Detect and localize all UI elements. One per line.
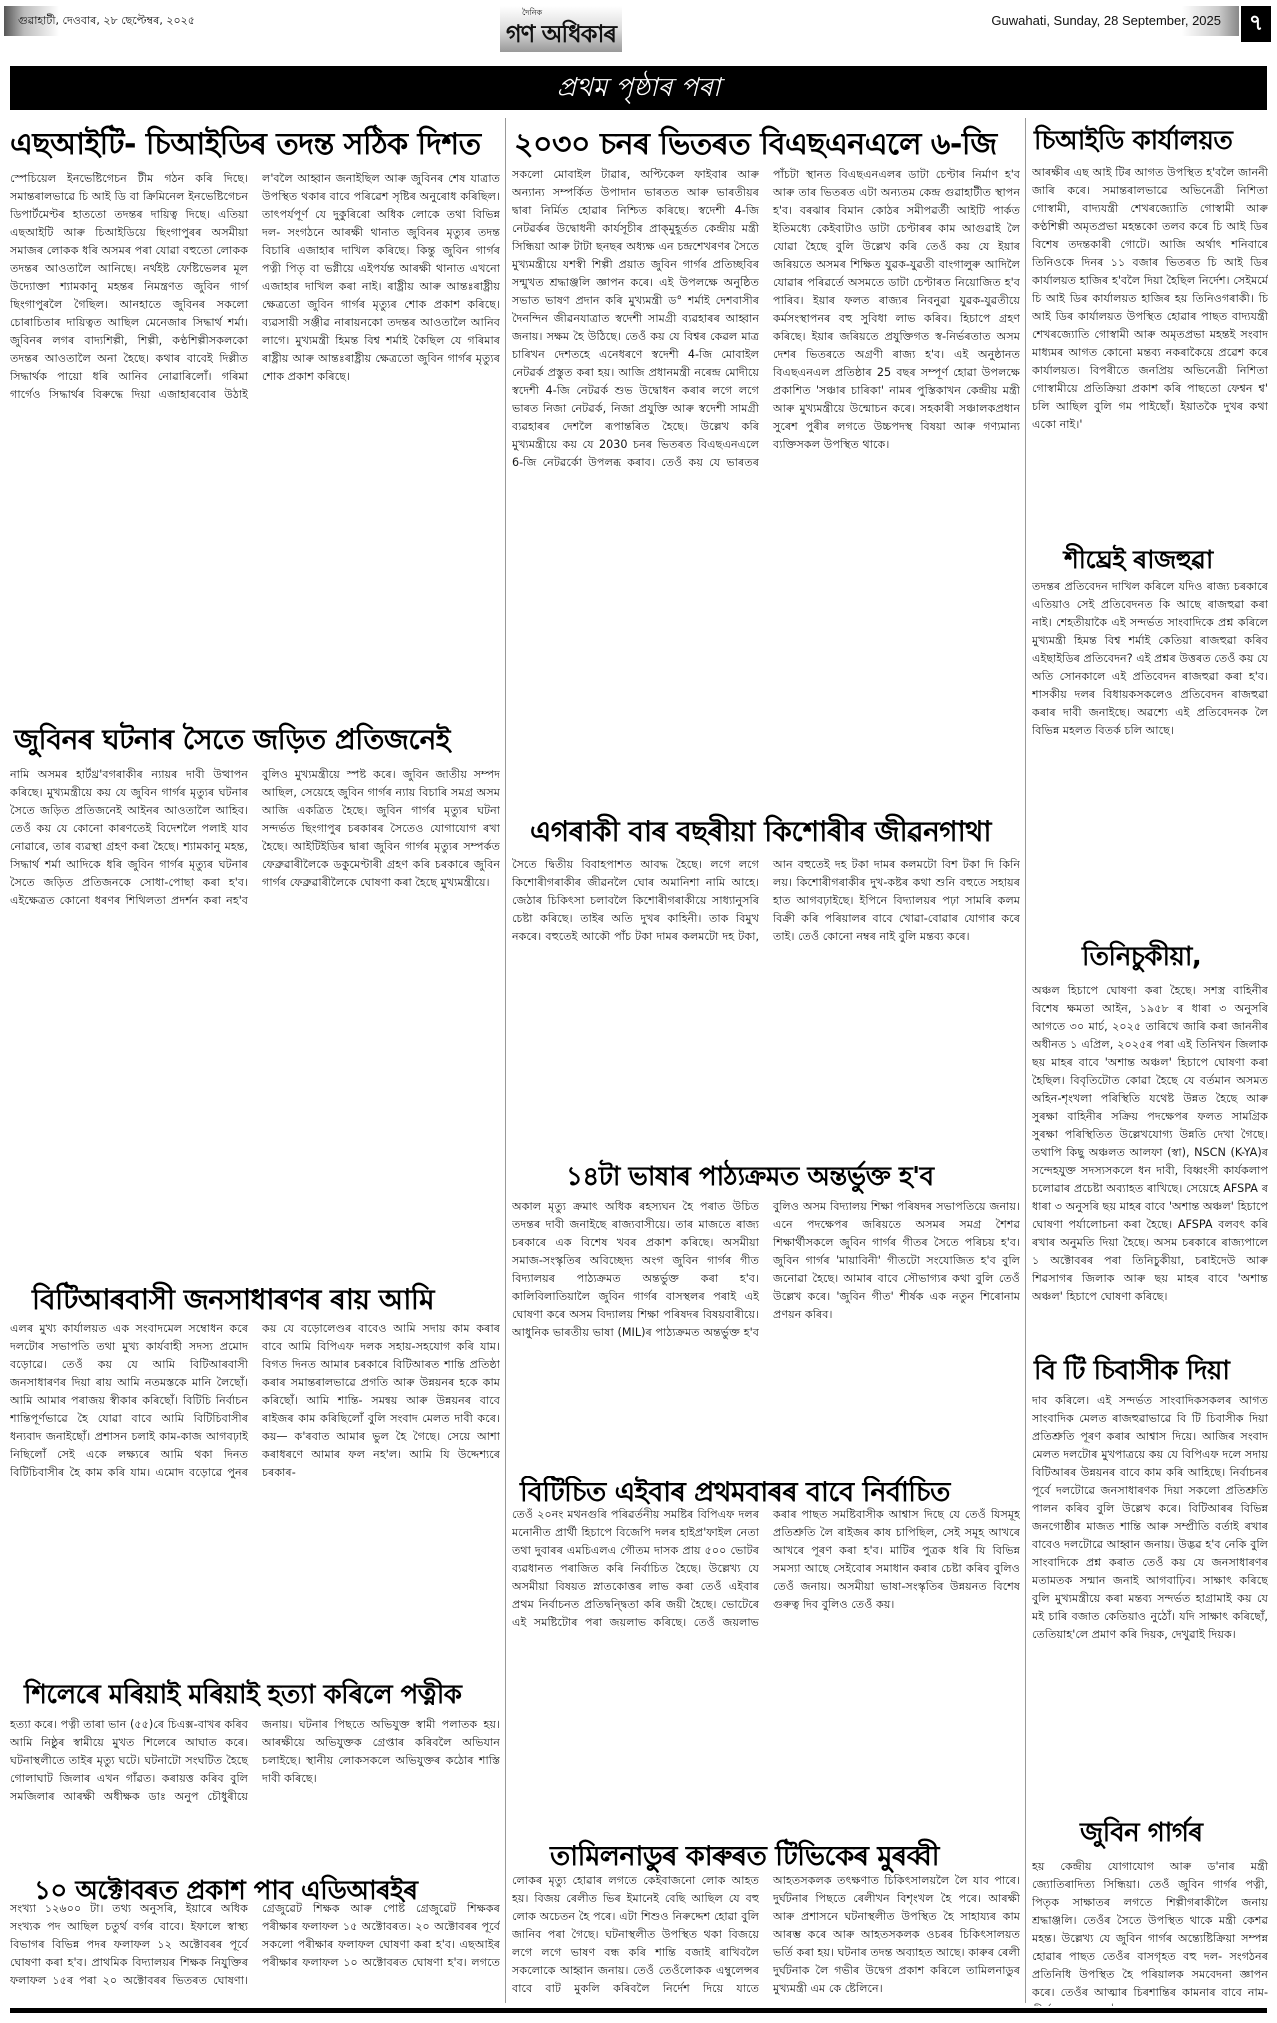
- article-body: হত্যা কৰে। পত্নী তাৰা ভান (৫৫)ৰে চিএক্স-…: [10, 1716, 500, 1864]
- article-btr-mandate[interactable]: বিটিআৰবাসী জনসাধাৰণৰ ৰায় আমি এলৰ মুখ্য …: [10, 1278, 500, 1670]
- article-body: আৰক্ষীৰ এছ আই টিৰ আগত উপস্থিত হ'বলৈ জানন…: [1032, 164, 1268, 536]
- headline: বি টি চিবাসীক দিয়া: [1034, 1350, 1229, 1394]
- date-assamese: গুৱাহাটী, দেওবাৰ, ২৮ ছেপ্টেম্বৰ, ২০২৫: [4, 6, 254, 36]
- article-no-connection[interactable]: জুবিনৰ ঘটনাৰ সৈতে জড়িত প্ৰতিজনেই নামি অ…: [10, 716, 500, 1276]
- article-body: তদন্তৰ প্ৰতিবেদন দাখিল কৰিলে যদিও ৰাজ্য …: [1032, 578, 1268, 928]
- article-bsnl-6g[interactable]: ২০৩০ চনৰ ভিতৰত বিএছএনএলে ৬-জি সকলো মোবাই…: [512, 118, 1020, 806]
- headline: বিটিআৰবাসী জনসাধাৰণৰ ৰায় আমি: [32, 1278, 434, 1325]
- article-bt-chibasi[interactable]: বি টি চিবাসীক দিয়া দাব কৰিলে। এই সন্দৰ্…: [1032, 1348, 1268, 1808]
- article-body: দাব কৰিলে। এই সন্দৰ্ভত সাংবাদিকসকলৰ আগত …: [1032, 1392, 1268, 1804]
- article-body: তেওঁ ২০নং মথনগুৰি পৰিৱৰ্তনীয় সমষ্টিৰ বি…: [512, 1506, 1020, 1832]
- headline: চিআইডি কাৰ্যালয়ত: [1034, 120, 1232, 164]
- headline: এছআইটি- চিআইডিৰ তদন্ত সঠিক দিশত: [10, 120, 481, 171]
- article-body: সকলো মোবাইল টাৱাৰ, অপ্টিকেল ফাইবাৰ আৰু অ…: [512, 166, 1020, 802]
- article-body: হয় কেন্দ্ৰীয় যোগাযোগ আৰু ড'নাৰ মন্ত্ৰী…: [1032, 1858, 1268, 2006]
- article-body: অঞ্চল হিচাপে ঘোষণা কৰা হৈছে। সশস্ত্ৰ বাহ…: [1032, 982, 1268, 1344]
- column-divider: [1025, 118, 1026, 2003]
- masthead: গুৱাহাটী, দেওবাৰ, ২৮ ছেপ্টেম্বৰ, ২০২৫ দৈ…: [0, 0, 1277, 58]
- headline: ১৪টা ভাষাৰ পাঠ্যক্ৰমত অন্তৰ্ভুক্ত হ'ব: [566, 1156, 934, 1200]
- article-stampede[interactable]: তামিলনাডুৰ কাৰুৰত টিভিকেৰ মুৰব্বী লোকৰ ম…: [512, 1838, 1020, 2006]
- logo-name: গণ অধিকাৰ: [504, 16, 618, 56]
- date-english: Guwahati, Sunday, 28 September, 2025: [979, 6, 1239, 36]
- article-sit-cid[interactable]: এছআইটি- চিআইডিৰ তদন্ত সঠিক দিশত স্পেচিয়…: [10, 118, 500, 714]
- bottom-rule: [10, 2008, 1267, 2013]
- article-body: অকাল মৃত্যু ক্ৰমাৎ অধিক ৰহস্যঘন হৈ পৰাত …: [512, 1198, 1020, 1470]
- headline: জুবিনৰ ঘটনাৰ সৈতে জড়িত প্ৰতিজনেই: [14, 718, 450, 765]
- article-body: স্পেচিয়েল ইনভেষ্টিগেচন টীম গঠন কৰি দিছে…: [10, 170, 500, 710]
- page-number: ৭: [1241, 6, 1271, 42]
- article-body: নামি অসমৰ হাৰ্টথ্ৰ'বগৰাকীৰ ন্যায়ৰ দাবী …: [10, 766, 500, 1271]
- article-body: লোকৰ মৃত্যু হোৱাৰ লগতে কেইবাজনো লোক আহত …: [512, 1872, 1020, 2006]
- column-divider: [505, 118, 506, 2003]
- headline: শীঘ্ৰেই ৰাজহুৱা: [1064, 540, 1213, 583]
- headline: জুবিন গাৰ্গৰ: [1080, 1812, 1203, 1856]
- article-adre-result[interactable]: ১০ অক্টোবৰত প্ৰকাশ পাব এডিআৰইৰ সংখ্যা ১২…: [10, 1870, 500, 2006]
- article-tinsukia[interactable]: তিনিচুকীয়া, অঞ্চল হিচাপে ঘোষণা কৰা হৈছে…: [1032, 934, 1268, 1346]
- headline: শিলেৰে মৰিয়াই মৰিয়াই হত্যা কৰিলে পত্নী…: [24, 1674, 461, 1718]
- article-body: সংখ্যা ১২৬০০ টা। তথ্য অনুসৰি, ইয়াৰে অধি…: [10, 1900, 500, 2006]
- article-girl-life[interactable]: এগৰাকী বাৰ বছৰীয়া কিশোৰীৰ জীৱনগাথা সৈতে…: [512, 808, 1020, 1152]
- article-body: সৈতে দ্বিতীয় বিবাহপাশত আবদ্ধ হৈছে। লগে …: [512, 856, 1020, 1148]
- headline: এগৰাকী বাৰ বছৰীয়া কিশোৰীৰ জীৱনগাথা: [530, 810, 991, 857]
- newspaper-logo[interactable]: দৈনিক গণ অধিকাৰ: [500, 6, 622, 52]
- article-cid-office[interactable]: চিআইডি কাৰ্যালয়ত আৰক্ষীৰ এছ আই টিৰ আগত …: [1032, 118, 1268, 538]
- article-body: এলৰ মুখ্য কাৰ্যালয়ত এক সংবাদমেল সম্বোধন…: [10, 1320, 500, 1668]
- article-murder[interactable]: শিলেৰে মৰিয়াই মৰিয়াই হত্যা কৰিলে পত্নী…: [10, 1672, 500, 1868]
- article-btc-elected[interactable]: বিটিচিত এইবাৰ প্ৰথমবাৰৰ বাবে নিৰ্বাচিত ত…: [512, 1476, 1020, 1836]
- article-zubeen-garg[interactable]: জুবিন গাৰ্গৰ হয় কেন্দ্ৰীয় যোগাযোগ আৰু …: [1032, 1810, 1268, 2006]
- article-languages[interactable]: ১৪টা ভাষাৰ পাঠ্যক্ৰমত অন্তৰ্ভুক্ত হ'ব অক…: [512, 1154, 1020, 1474]
- headline: ২০৩০ চনৰ ভিতৰত বিএছএনএলে ৬-জি: [514, 120, 997, 171]
- headline: তিনিচুকীয়া,: [1082, 936, 1201, 980]
- section-banner: প্ৰথম পৃষ্ঠাৰ পৰা: [10, 66, 1267, 110]
- article-sighrei-rajahua[interactable]: শীঘ্ৰেই ৰাজহুৱা তদন্তৰ প্ৰতিবেদন দাখিল ক…: [1032, 540, 1268, 932]
